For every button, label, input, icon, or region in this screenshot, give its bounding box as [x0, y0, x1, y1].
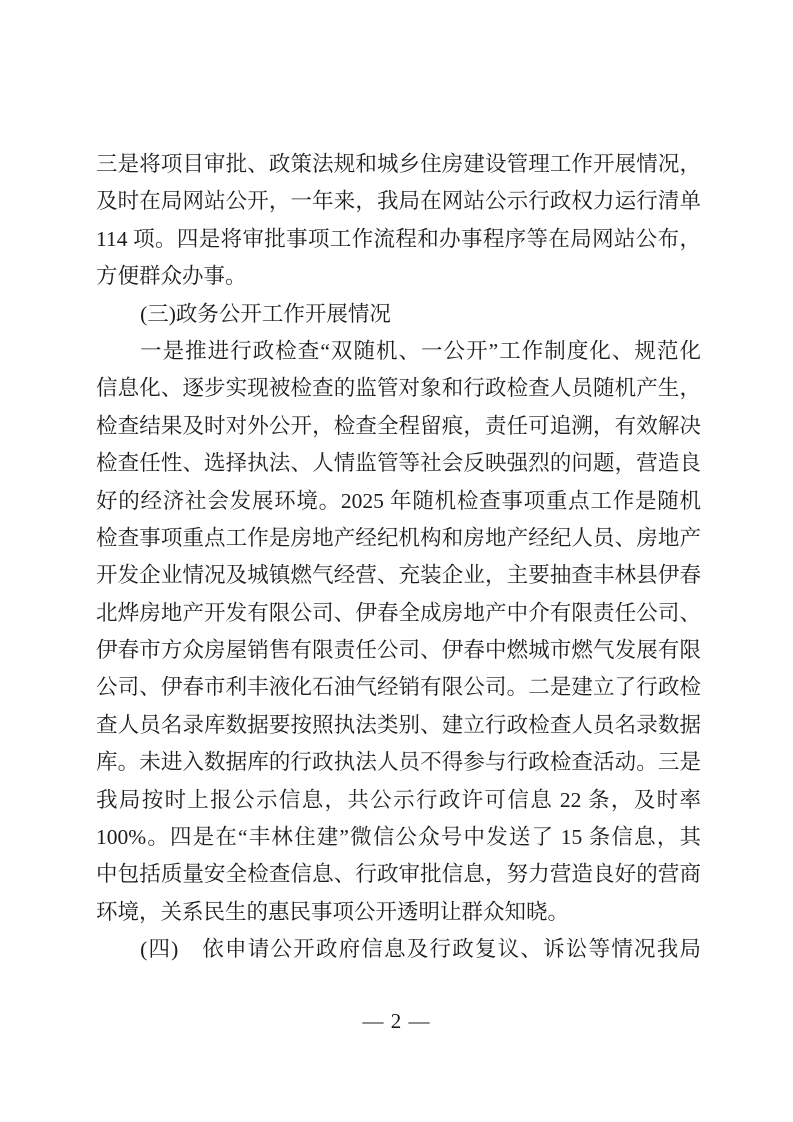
document-line: 一是推进行政检查“双随机、一公开”工作制度化、规范化	[96, 333, 701, 370]
document-line: 我局按时上报公示信息，共公示行政许可信息 22 条，及时率	[96, 782, 701, 819]
page-number: — 2 —	[0, 1006, 793, 1036]
document-line: 信息化、逐步实现被检查的监管对象和行政检查人员随机产生，	[96, 370, 701, 407]
document-line: 公司、伊春市利丰液化石油气经销有限公司。二是建立了行政检	[96, 669, 701, 706]
document-line: 三是将项目审批、政策法规和城乡住房建设管理工作开展情况，	[96, 146, 701, 183]
document-line: 中包括质量安全检查信息、行政审批信息，努力营造良好的营商	[96, 856, 701, 893]
document-line: 检查事项重点工作是房地产经纪机构和房地产经纪人员、房地产	[96, 520, 701, 557]
document-line: 北烨房地产开发有限公司、伊春全成房地产中介有限责任公司、	[96, 595, 701, 632]
document-line: 100%。四是在“丰林住建”微信公众号中发送了 15 条信息，其	[96, 819, 701, 856]
document-line: 检查结果及时对外公开，检查全程留痕，责任可追溯，有效解决	[96, 408, 701, 445]
document-page: 三是将项目审批、政策法规和城乡住房建设管理工作开展情况， 及时在局网站公开，一年…	[0, 0, 793, 1122]
document-line: 环境，关系民生的惠民事项公开透明让群众知晓。	[96, 894, 701, 931]
document-line: 查人员名录库数据要按照执法类别、建立行政检查人员名录数据	[96, 707, 701, 744]
document-line: 114 项。四是将审批事项工作流程和办事程序等在局网站公布，	[96, 221, 701, 258]
document-line: 伊春市方众房屋销售有限责任公司、伊春中燃城市燃气发展有限	[96, 632, 701, 669]
document-line: 及时在局网站公开，一年来，我局在网站公示行政权力运行清单	[96, 183, 701, 220]
document-line: 好的经济社会发展环境。2025 年随机检查事项重点工作是随机	[96, 483, 701, 520]
document-line: 检查任性、选择执法、人情监管等社会反映强烈的问题，营造良	[96, 445, 701, 482]
section-heading: (四) 依申请公开政府信息及行政复议、诉讼等情况我局	[96, 931, 701, 968]
document-line: 库。未进入数据库的行政执法人员不得参与行政检查活动。三是	[96, 744, 701, 781]
document-line: 方便群众办事。	[96, 258, 701, 295]
document-line: 开发企业情况及城镇燃气经营、充装企业，主要抽查丰林县伊春	[96, 557, 701, 594]
document-text-block: 三是将项目审批、政策法规和城乡住房建设管理工作开展情况， 及时在局网站公开，一年…	[96, 146, 701, 969]
section-heading: (三)政务公开工作开展情况	[96, 296, 701, 333]
